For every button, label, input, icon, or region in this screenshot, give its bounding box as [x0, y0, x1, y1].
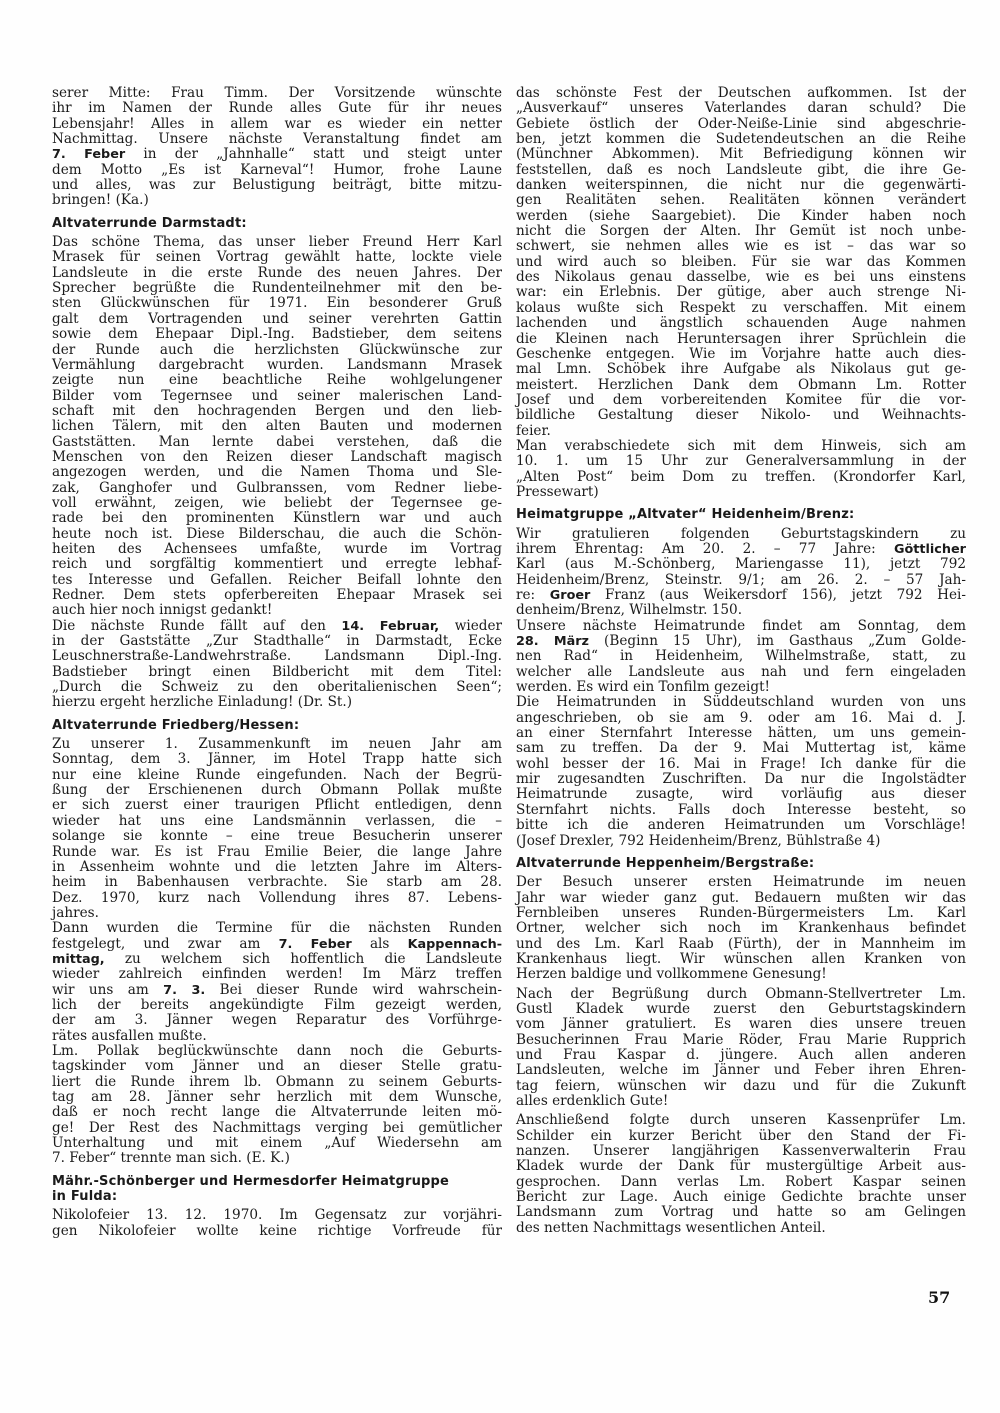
- text-line: nanzen. Unserer langjährigen Kassenverwa…: [516, 1144, 966, 1159]
- text-line: Landsmann zum Vortrag und hatte so am Ge…: [516, 1205, 966, 1220]
- text-line: des netten Nachmittags wesentlichen Ante…: [516, 1221, 966, 1236]
- text-run: nen Rad“ in Heidenheim, Wilhelmstraße, s…: [516, 648, 966, 664]
- text-run: Nikolofeier 13. 12. 1970. Im Gegensatz z…: [52, 1207, 502, 1223]
- text-run: Anschließend folgte durch unseren Kassen…: [516, 1112, 966, 1128]
- text-line: Lm. Pollak beglückwünschte dann noch die…: [52, 1044, 502, 1059]
- left-column: serer Mitte: Frau Timm. Der Vorsitzende …: [52, 86, 502, 1239]
- text-line: ben, jetzt kommen die Sudetendeutschen a…: [516, 132, 966, 147]
- text-line: der am 3. Jänner wegen Reparatur des Vor…: [52, 1013, 502, 1028]
- text-run: in der „Jahnhalle“ statt und steigt unte…: [125, 146, 502, 162]
- text-run: ihr im Namen der Runde alles Gute für ih…: [52, 100, 502, 116]
- text-run: hierzu ergeht herzliche Einladung! (Dr. …: [52, 694, 352, 710]
- text-run: galt dem Vortragenden und seiner verehrt…: [52, 311, 502, 327]
- text-line: zeigte nun eine beachtliche Reihe wohlge…: [52, 373, 502, 388]
- text-run: bildliche Gestaltung dieser Nikolo- und …: [516, 407, 966, 423]
- text-run: in Assenheim wohnte und die letzten Jahr…: [52, 859, 502, 875]
- text-run: Karl (aus M.-Schönberg, Mariengasse 11),…: [516, 556, 966, 572]
- text-line: und Frau Kaspar d. jüngere. Auch allen a…: [516, 1048, 966, 1063]
- heading-line: in Fulda:: [52, 1189, 502, 1204]
- text-line: Heidenheim/Brenz, Steinstr. 9/1; am 26. …: [516, 573, 966, 588]
- text-line: heiten des Achensees umfaßte, wurde im V…: [52, 542, 502, 557]
- text-run: Heidenheim/Brenz, Steinstr. 9/1; am 26. …: [516, 572, 966, 588]
- text-line: Runde war. Es ist Frau Emilie Beier, die…: [52, 845, 502, 860]
- text-run: rätes ausfallen mußte.: [52, 1028, 207, 1044]
- text-run: in Fulda:: [52, 1189, 117, 1204]
- text-line: und des Lm. Karl Raab (Fürth), der in Ma…: [516, 937, 966, 952]
- text-run: Krankenhaus liegt. Wir wünschen allen Kr…: [516, 951, 966, 967]
- heading-line: Mähr.-Schönberger und Hermesdorfer Heima…: [52, 1174, 502, 1189]
- text-run: mal Lmn. Schöbek ihre Aufgabe als Nikola…: [516, 361, 966, 377]
- text-run: Bei dieser Runde wird wahrschein-: [205, 982, 502, 998]
- text-line: liert die Runde ihrem lb. Obmann zu sein…: [52, 1075, 502, 1090]
- section-heading-m-hr-sch-nberger-und-hermesdorfer-heimat: Mähr.-Schönberger und Hermesdorfer Heima…: [52, 1174, 502, 1205]
- text-run: Unsere nächste Heimatrunde findet am Son…: [516, 618, 966, 634]
- text-line: welcher alle Landsleute aus nah und fern…: [516, 665, 966, 680]
- text-run: Zu unserer 1. Zusammenkunft im neuen Jah…: [52, 736, 502, 752]
- text-run: 10. 1. um 15 Uhr zur Generalversammlung …: [516, 453, 966, 469]
- section-heading-altvaterrunde-friedberg-hessen: Altvaterrunde Friedberg/Hessen:: [52, 718, 502, 733]
- text-run: nur eine kleine Runde eingefunden. Nach …: [52, 767, 502, 783]
- text-run: heute noch ist. Diese Bilderschau, die a…: [52, 526, 502, 542]
- paragraph-darmstadt_1: Das schöne Thema, das unser lieber Freun…: [52, 235, 502, 619]
- text-run: meistert. Herzlichen Dank dem Obmann Lm.…: [516, 377, 966, 393]
- text-run: des Nikolaus genau dasselbe, wie es bei …: [516, 269, 966, 285]
- text-run: sten Glückwünschen für 1971. Ein besonde…: [52, 295, 502, 311]
- text-run: Menschen von den Reizen dieser Landschaf…: [52, 449, 502, 465]
- text-run: Altvaterrunde Friedberg/Hessen:: [52, 718, 299, 733]
- text-run: Landsmann zum Vortrag und hatte so am Ge…: [516, 1204, 966, 1220]
- text-run: der Runde auch die herzlichsten Glückwün…: [52, 342, 502, 358]
- document-page: serer Mitte: Frau Timm. Der Vorsitzende …: [0, 0, 1000, 1413]
- text-run: liert die Runde ihrem lb. Obmann zu sein…: [52, 1074, 502, 1090]
- text-run: ihrem Ehrentag: Am 20. 2. – 77 Jahre:: [516, 541, 894, 557]
- text-run: Gaststätten. Man lernte dabei verstehen,…: [52, 434, 502, 450]
- text-line: hierzu ergeht herzliche Einladung! (Dr. …: [52, 695, 502, 710]
- text-line: Sternfahrt nichts. Falls doch Interesse …: [516, 803, 966, 818]
- text-run: Dez. 1970, kurz nach Vollendung ihres 87…: [52, 890, 502, 906]
- text-line: Anschließend folgte durch unseren Kassen…: [516, 1113, 966, 1128]
- bold-emphasis: mittag,: [52, 952, 105, 967]
- bold-emphasis: Kappennach-: [408, 937, 502, 952]
- text-run: (Münchner Abkommen). Mit Befriedigung kö…: [516, 146, 966, 162]
- text-line: werden. Es wird ein Tonfilm gezeigt!: [516, 680, 966, 695]
- text-line: mal Lmn. Schöbek ihre Aufgabe als Nikola…: [516, 362, 966, 377]
- paragraph-heppenheim_1: Der Besuch unserer ersten Heimatrunde im…: [516, 875, 966, 982]
- text-run: lachenden und ängstlich schauenden Auge …: [516, 315, 966, 331]
- text-line: Vermählung dargebracht wurden. Landsmann…: [52, 358, 502, 373]
- text-line: Josef und dem vorbereitenden Komitee für…: [516, 393, 966, 408]
- text-run: wir uns am: [52, 982, 163, 998]
- text-line: Mrasek für seinen Vortrag gewählt hatte,…: [52, 250, 502, 265]
- paragraph-fulda_1: Nikolofeier 13. 12. 1970. Im Gegensatz z…: [52, 1208, 502, 1239]
- text-line: feier.: [516, 424, 966, 439]
- paragraph-fulda_2: das schönste Fest der Deutschen aufkomme…: [516, 86, 966, 439]
- text-line: danken weiterspinnen, die nicht nur die …: [516, 178, 966, 193]
- text-run: wohl besser der 16. Mai in Frage! Ich da…: [516, 756, 966, 772]
- text-line: Die nächste Runde fällt auf den 14. Febr…: [52, 619, 502, 634]
- text-line: ihrem Ehrentag: Am 20. 2. – 77 Jahre: Gö…: [516, 542, 966, 557]
- text-run: in der Gaststätte „Zur Stadthalle“ in Da…: [52, 633, 502, 649]
- bold-emphasis: 14. Februar,: [341, 619, 439, 634]
- text-line: Der Besuch unserer ersten Heimatrunde im…: [516, 875, 966, 890]
- text-line: tes Interesse und Gefallen. Reicher Beif…: [52, 573, 502, 588]
- text-line: gesprochen. Dann verlas Lm. Robert Kaspa…: [516, 1175, 966, 1190]
- text-run: das schönste Fest der Deutschen aufkomme…: [516, 85, 966, 101]
- text-line: schaft mit den hochragenden Bergen und d…: [52, 404, 502, 419]
- text-run: zeigte nun eine beachtliche Reihe wohlge…: [52, 372, 502, 388]
- text-line: bitte ich die anderen Heimatrunden um Vo…: [516, 818, 966, 833]
- text-run: Der Besuch unserer ersten Heimatrunde im…: [516, 874, 966, 890]
- text-line: rätes ausfallen mußte.: [52, 1029, 502, 1044]
- heading-line: Altvaterrunde Darmstadt:: [52, 216, 502, 231]
- bold-emphasis: 7. Feber: [279, 937, 352, 952]
- text-run: gen Nikolofeier wollte keine richtige Vo…: [52, 1223, 502, 1239]
- text-run: wieder hat uns eine Landsmännin verlasse…: [52, 813, 502, 829]
- text-run: Mrasek für seinen Vortrag gewählt hatte,…: [52, 249, 502, 265]
- text-line: nur eine kleine Runde eingefunden. Nach …: [52, 768, 502, 783]
- text-line: feststellen, daß es noch Landsleute gibt…: [516, 163, 966, 178]
- text-line: Redner. Dem stets opferbereiten Ehepaar …: [52, 588, 502, 603]
- text-line: nen Rad“ in Heidenheim, Wilhelmstraße, s…: [516, 649, 966, 664]
- text-line: tag am 28. Jänner sehr herzlich mit dem …: [52, 1090, 502, 1105]
- text-run: bitte ich die anderen Heimatrunden um Vo…: [516, 817, 966, 833]
- text-run: Sternfahrt nichts. Falls doch Interesse …: [516, 802, 966, 818]
- text-line: wir uns am 7. 3. Bei dieser Runde wird w…: [52, 983, 502, 998]
- text-run: als: [352, 936, 408, 952]
- text-line: bildliche Gestaltung dieser Nikolo- und …: [516, 408, 966, 423]
- text-run: „Ausverkauf“ unseres Vaterlandes daran s…: [516, 100, 966, 116]
- text-line: Jahr war wieder ganz gut. Bedauern mußte…: [516, 891, 966, 906]
- text-line: Karl (aus M.-Schönberg, Mariengasse 11),…: [516, 557, 966, 572]
- text-line: meistert. Herzlichen Dank dem Obmann Lm.…: [516, 378, 966, 393]
- text-line: lachenden und ängstlich schauenden Auge …: [516, 316, 966, 331]
- text-line: zak, Ganghofer und Gulbranssen, vom Redn…: [52, 481, 502, 496]
- paragraph-heppenheim_3: Anschließend folgte durch unseren Kassen…: [516, 1113, 966, 1236]
- text-line: wohl besser der 16. Mai in Frage! Ich da…: [516, 757, 966, 772]
- paragraph-heidenheim_2: Unsere nächste Heimatrunde findet am Son…: [516, 619, 966, 696]
- text-line: Gebiete östlich der Oder-Neiße-Linie sin…: [516, 117, 966, 132]
- text-run: und wird auch so bleiben. Für sie war da…: [516, 254, 966, 270]
- paragraph-heidenheim_1: Wir gratulieren folgenden Geburtstagskin…: [516, 527, 966, 619]
- text-line: in der Gaststätte „Zur Stadthalle“ in Da…: [52, 634, 502, 649]
- text-line: wieder hat uns eine Landsmännin verlasse…: [52, 814, 502, 829]
- paragraph-heidenheim_3: Die Heimatrunden in Süddeutschland wurde…: [516, 695, 966, 848]
- text-run: der am 3. Jänner wegen Reparatur des Vor…: [52, 1012, 502, 1028]
- text-run: wieder: [439, 618, 502, 634]
- text-run: Gustl Kladek wurde zuerst den Geburtstag…: [516, 1001, 966, 1017]
- text-run: Wir gratulieren folgenden Geburtstagskin…: [516, 526, 966, 542]
- bold-emphasis: Göttlicher: [894, 542, 966, 557]
- text-run: Jahr war wieder ganz gut. Bedauern mußte…: [516, 890, 966, 906]
- text-run: Heimatgruppe „Altvater“ Heidenheim/Brenz…: [516, 507, 854, 522]
- text-line: war: ein Erlebnis. Der gütige, aber auch…: [516, 285, 966, 300]
- text-line: ge! Der Rest des Nachmittags verging bei…: [52, 1121, 502, 1136]
- text-line: 7. Feber“ trennte man sich. (E. K.): [52, 1151, 502, 1166]
- text-line: er sich zuerst einer traurigen Pflicht e…: [52, 798, 502, 813]
- text-line: Gustl Kladek wurde zuerst den Geburtstag…: [516, 1002, 966, 1017]
- text-line: Das schöne Thema, das unser lieber Freun…: [52, 235, 502, 250]
- text-run: Sonntag, dem 3. Jänner, im Hotel Trapp h…: [52, 751, 502, 767]
- text-line: alles erdenklich Gute!: [516, 1094, 966, 1109]
- text-run: war: ein Erlebnis. Der gütige, aber auch…: [516, 284, 966, 300]
- text-run: Altvaterrunde Heppenheim/Bergstraße:: [516, 856, 814, 871]
- text-line: der Runde auch die herzlichsten Glückwün…: [52, 343, 502, 358]
- text-line: in Assenheim wohnte und die letzten Jahr…: [52, 860, 502, 875]
- text-run: Heimatrunde zusagte, wird vorläufig aus …: [516, 786, 966, 802]
- text-line: „Durch die Schweiz zu den oberitalienisc…: [52, 680, 502, 695]
- text-run: mir zugesandten Zuschriften. Da nur die …: [516, 771, 966, 787]
- text-line: (Josef Drexler, 792 Heidenheim/Brenz, Bü…: [516, 834, 966, 849]
- text-line: Kladek wurde der Dank für mustergültige …: [516, 1159, 966, 1174]
- text-run: tag am 28. Jänner sehr herzlich mit dem …: [52, 1089, 502, 1105]
- heading-line: Altvaterrunde Friedberg/Hessen:: [52, 718, 502, 733]
- text-run: die Kleinen nach Heruntersagen ihrer Spr…: [516, 331, 966, 347]
- text-line: werden (siehe Saargebiet). Die Kinder ha…: [516, 209, 966, 224]
- text-line: „Alten Post“ beim Dom zu treffen. (Krond…: [516, 470, 966, 485]
- text-line: Nikolofeier 13. 12. 1970. Im Gegensatz z…: [52, 1208, 502, 1223]
- text-run: dem Motto „Es ist Karneval“! Humor, froh…: [52, 162, 502, 178]
- text-run: Vermählung dargebracht wurden. Landsmann…: [52, 357, 502, 373]
- text-run: angezogen werden, und die Namen Thoma un…: [52, 464, 502, 480]
- text-line: und alles, was zur Belustigung beiträgt,…: [52, 178, 502, 193]
- text-line: Man verabschiedete sich mit dem Hinweis,…: [516, 439, 966, 454]
- text-run: Runde war. Es ist Frau Emilie Beier, die…: [52, 844, 502, 860]
- text-line: Unsere nächste Heimatrunde findet am Son…: [516, 619, 966, 634]
- text-run: tes Interesse und Gefallen. Reicher Beif…: [52, 572, 502, 588]
- text-run: lich der bereits angekündigte Film gezei…: [52, 997, 502, 1013]
- text-line: schwert, sie nehmen alles wie es ist – d…: [516, 239, 966, 254]
- text-run: Bericht zur Lage. Auch einige Gedichte b…: [516, 1189, 966, 1205]
- text-line: Bericht zur Lage. Auch einige Gedichte b…: [516, 1190, 966, 1205]
- text-line: Lebensjahr! Alles in allem war es wieder…: [52, 117, 502, 132]
- text-run: heim in Babenhausen verbrachte. Sie star…: [52, 874, 502, 890]
- text-run: Das schöne Thema, das unser lieber Freun…: [52, 234, 502, 250]
- text-line: ßung der Erschienenen durch Obmann Polla…: [52, 783, 502, 798]
- text-run: feier.: [516, 423, 551, 439]
- text-run: jahres.: [52, 905, 99, 921]
- text-run: nanzen. Unserer langjährigen Kassenverwa…: [516, 1143, 966, 1159]
- text-run: Sprecher begrüßte die Rundenteilnehmer m…: [52, 280, 502, 296]
- text-run: heiten des Achensees umfaßte, wurde im V…: [52, 541, 502, 557]
- text-run: Geschenke entgegen. Wie im Vorjahre hatt…: [516, 346, 966, 362]
- text-line: Schilder ein kurzer Bericht über den Sta…: [516, 1129, 966, 1144]
- text-line: festgelegt, und zwar am 7. Feber als Kap…: [52, 937, 502, 952]
- text-run: Die Heimatrunden in Süddeutschland wurde…: [516, 694, 966, 710]
- right-column: das schönste Fest der Deutschen aufkomme…: [516, 86, 966, 1236]
- text-run: schwert, sie nehmen alles wie es ist – d…: [516, 238, 966, 254]
- text-line: Zu unserer 1. Zusammenkunft im neuen Jah…: [52, 737, 502, 752]
- text-line: sam zu treffen. Da der 9. Mai Muttertag …: [516, 741, 966, 756]
- text-run: gen Realitäten sehen. Realitäten können …: [516, 192, 966, 208]
- paragraph-darmstadt_2: Die nächste Runde fällt auf den 14. Febr…: [52, 619, 502, 711]
- text-run: „Durch die Schweiz zu den oberitalienisc…: [52, 679, 502, 695]
- section-heading-altvaterrunde-heppenheim-bergstra-e: Altvaterrunde Heppenheim/Bergstraße:: [516, 856, 966, 871]
- text-line: Wir gratulieren folgenden Geburtstagskin…: [516, 527, 966, 542]
- section-heading-heimatgruppe-altvater-heidenheim-brenz: Heimatgruppe „Altvater“ Heidenheim/Brenz…: [516, 507, 966, 522]
- paragraph-friedberg_1: Zu unserer 1. Zusammenkunft im neuen Jah…: [52, 737, 502, 921]
- text-run: Altvaterrunde Darmstadt:: [52, 216, 247, 231]
- text-run: Ortner, welcher sich noch im Krankenhaus…: [516, 920, 966, 936]
- text-run: schaft mit den hochragenden Bergen und d…: [52, 403, 502, 419]
- text-run: tagskinder vom Jänner und an dieser Stel…: [52, 1058, 502, 1074]
- text-run: welcher alle Landsleute aus nah und fern…: [516, 664, 966, 680]
- text-line: ihr im Namen der Runde alles Gute für ih…: [52, 101, 502, 116]
- heading-line: Altvaterrunde Heppenheim/Bergstraße:: [516, 856, 966, 871]
- text-run: sowie dem Ehepaar Dipl.-Ing. Badstieber,…: [52, 326, 502, 342]
- text-line: heim in Babenhausen verbrachte. Sie star…: [52, 875, 502, 890]
- text-line: mir zugesandten Zuschriften. Da nur die …: [516, 772, 966, 787]
- text-run: re:: [516, 587, 550, 603]
- text-run: denheim/Brenz, Wilhelmstr. 150.: [516, 602, 742, 618]
- text-run: auch hier noch innigst gedankt!: [52, 602, 272, 618]
- text-run: Josef und dem vorbereitenden Komitee für…: [516, 392, 966, 408]
- text-line: reich und sorgfältig kommentiert und err…: [52, 557, 502, 572]
- text-line: Heimatrunde zusagte, wird vorläufig aus …: [516, 787, 966, 802]
- text-line: Landsleuten, welche im Jänner und Feber …: [516, 1063, 966, 1078]
- text-line: Nachmittag. Unsere nächste Veranstaltung…: [52, 132, 502, 147]
- text-line: und wird auch so bleiben. Für sie war da…: [516, 255, 966, 270]
- text-run: des netten Nachmittags wesentlichen Ante…: [516, 1220, 826, 1236]
- text-line: des Nikolaus genau dasselbe, wie es bei …: [516, 270, 966, 285]
- text-line: daß er noch recht lange die Altvaterrund…: [52, 1105, 502, 1120]
- text-line: denheim/Brenz, Wilhelmstr. 150.: [516, 603, 966, 618]
- text-run: „Alten Post“ beim Dom zu treffen. (Krond…: [516, 469, 966, 485]
- text-line: Menschen von den Reizen dieser Landschaf…: [52, 450, 502, 465]
- text-line: dem Motto „Es ist Karneval“! Humor, froh…: [52, 163, 502, 178]
- text-run: Nachmittag. Unsere nächste Veranstaltung…: [52, 131, 502, 147]
- text-line: das schönste Fest der Deutschen aufkomme…: [516, 86, 966, 101]
- text-run: und des Lm. Karl Raab (Fürth), der in Ma…: [516, 936, 966, 952]
- bold-emphasis: 7. 3.: [163, 983, 205, 998]
- text-run: zak, Ganghofer und Gulbranssen, vom Redn…: [52, 480, 502, 496]
- text-run: tag feiern, wünschen wir dazu und für di…: [516, 1078, 966, 1094]
- text-line: Gaststätten. Man lernte dabei verstehen,…: [52, 435, 502, 450]
- text-line: re: Groer Franz (aus Weikersdorf 156), j…: [516, 588, 966, 603]
- text-run: reich und sorgfältig kommentiert und err…: [52, 556, 502, 572]
- text-line: gen Nikolofeier wollte keine richtige Vo…: [52, 1224, 502, 1239]
- text-run: Mähr.-Schönberger und Hermesdorfer Heima…: [52, 1174, 449, 1189]
- text-run: ben, jetzt kommen die Sudetendeutschen a…: [516, 131, 966, 147]
- text-line: voll erwähnt, zeigen, wie beliebt der Te…: [52, 496, 502, 511]
- text-line: mittag, zu welchem sich hoffentlich die …: [52, 952, 502, 967]
- text-run: Kladek wurde der Dank für mustergültige …: [516, 1158, 966, 1174]
- text-line: angezogen werden, und die Namen Thoma un…: [52, 465, 502, 480]
- text-line: serer Mitte: Frau Timm. Der Vorsitzende …: [52, 86, 502, 101]
- text-run: Schilder ein kurzer Bericht über den Sta…: [516, 1128, 966, 1144]
- text-run: Landsleuten, welche im Jänner und Feber …: [516, 1062, 966, 1078]
- text-run: vom Jänner gratuliert. Es waren dies uns…: [516, 1016, 966, 1032]
- text-run: Herzen baldige und vollkommene Genesung!: [516, 966, 827, 982]
- text-run: und Frau Kaspar d. jüngere. Auch allen a…: [516, 1047, 966, 1063]
- text-line: Dann wurden die Termine für die nächsten…: [52, 921, 502, 936]
- paragraph-timm_end: serer Mitte: Frau Timm. Der Vorsitzende …: [52, 86, 502, 209]
- text-line: Leuschnerstraße-Landwehrstraße. Landsman…: [52, 649, 502, 664]
- text-run: Gebiete östlich der Oder-Neiße-Linie sin…: [516, 116, 966, 132]
- text-run: daß er noch recht lange die Altvaterrund…: [52, 1104, 502, 1120]
- text-run: Lebensjahr! Alles in allem war es wieder…: [52, 116, 502, 132]
- text-run: Unterhaltung und mit einem „Auf Wiederse…: [52, 1135, 502, 1151]
- text-line: tagskinder vom Jänner und an dieser Stel…: [52, 1059, 502, 1074]
- text-line: Ortner, welcher sich noch im Krankenhaus…: [516, 921, 966, 936]
- text-run: sam zu treffen. Da der 9. Mai Muttertag …: [516, 740, 966, 756]
- text-run: wieder zahlreich einfinden werden! Im Mä…: [52, 966, 502, 982]
- text-line: Sonntag, dem 3. Jänner, im Hotel Trapp h…: [52, 752, 502, 767]
- text-run: voll erwähnt, zeigen, wie beliebt der Te…: [52, 495, 502, 511]
- text-line: Besucherinnen Frau Marie Röder, Frau Mar…: [516, 1033, 966, 1048]
- text-line: galt dem Vortragenden und seiner verehrt…: [52, 312, 502, 327]
- text-line: die Kleinen nach Heruntersagen ihrer Spr…: [516, 332, 966, 347]
- text-run: ßung der Erschienenen durch Obmann Polla…: [52, 782, 502, 798]
- text-line: Dez. 1970, kurz nach Vollendung ihres 87…: [52, 891, 502, 906]
- text-line: Landsleute in die erste Runde des neuen …: [52, 266, 502, 281]
- text-line: sten Glückwünschen für 1971. Ein besonde…: [52, 296, 502, 311]
- text-line: Nach der Begrüßung durch Obmann-Stellver…: [516, 987, 966, 1002]
- text-run: Pressewart): [516, 484, 599, 500]
- text-run: 7. Feber“ trennte man sich. (E. K.): [52, 1150, 290, 1166]
- text-run: nicht die Sorgen der Alten. Ihr Gemüt is…: [516, 223, 966, 239]
- text-line: gen Realitäten sehen. Realitäten können …: [516, 193, 966, 208]
- page-number: 57: [928, 1288, 950, 1307]
- text-line: 7. Feber in der „Jahnhalle“ statt und st…: [52, 147, 502, 162]
- text-line: solange sie konnte – eine treue Besucher…: [52, 829, 502, 844]
- text-line: heute noch ist. Diese Bilderschau, die a…: [52, 527, 502, 542]
- text-run: angeschrieben, ob sie am 9. oder am 16. …: [516, 710, 966, 726]
- text-run: Die nächste Runde fällt auf den: [52, 618, 341, 634]
- bold-emphasis: 28. März: [516, 634, 589, 649]
- text-line: rade bei den prominenten Künstlern war u…: [52, 511, 502, 526]
- text-run: danken weiterspinnen, die nicht nur die …: [516, 177, 966, 193]
- text-run: feststellen, daß es noch Landsleute gibt…: [516, 162, 966, 178]
- text-line: 10. 1. um 15 Uhr zur Generalversammlung …: [516, 454, 966, 469]
- text-run: rade bei den prominenten Künstlern war u…: [52, 510, 502, 526]
- text-run: solange sie konnte – eine treue Besucher…: [52, 828, 502, 844]
- bold-emphasis: Groer: [550, 588, 591, 603]
- text-run: festgelegt, und zwar am: [52, 936, 279, 952]
- text-line: auch hier noch innigst gedankt!: [52, 603, 502, 618]
- text-line: Die Heimatrunden in Süddeutschland wurde…: [516, 695, 966, 710]
- text-run: Nach der Begrüßung durch Obmann-Stellver…: [516, 986, 966, 1002]
- text-run: lichen Tälern, mit den alten Bauten und …: [52, 418, 502, 434]
- text-run: Fernbleiben unseres Runden-Bürgermeister…: [516, 905, 966, 921]
- text-run: serer Mitte: Frau Timm. Der Vorsitzende …: [52, 85, 502, 101]
- text-line: sowie dem Ehepaar Dipl.-Ing. Badstieber,…: [52, 327, 502, 342]
- bold-emphasis: 7. Feber: [52, 147, 125, 162]
- text-run: Lm. Pollak beglückwünschte dann noch die…: [52, 1043, 502, 1059]
- text-run: Besucherinnen Frau Marie Röder, Frau Mar…: [516, 1032, 966, 1048]
- text-run: Franz (aus Weikersdorf 156), jetzt 792 H…: [590, 587, 966, 603]
- text-line: Sprecher begrüßte die Rundenteilnehmer m…: [52, 281, 502, 296]
- text-line: „Ausverkauf“ unseres Vaterlandes daran s…: [516, 101, 966, 116]
- text-line: lichen Tälern, mit den alten Bauten und …: [52, 419, 502, 434]
- text-line: jahres.: [52, 906, 502, 921]
- text-line: Krankenhaus liegt. Wir wünschen allen Kr…: [516, 952, 966, 967]
- text-line: Badstieber bringt einen Bildbericht mit …: [52, 665, 502, 680]
- paragraph-heppenheim_2: Nach der Begrüßung durch Obmann-Stellver…: [516, 987, 966, 1110]
- text-line: angeschrieben, ob sie am 9. oder am 16. …: [516, 711, 966, 726]
- text-line: wieder zahlreich einfinden werden! Im Mä…: [52, 967, 502, 982]
- text-run: Man verabschiedete sich mit dem Hinweis,…: [516, 438, 966, 454]
- text-line: an einer Sternfahrt Interesse hätten, um…: [516, 726, 966, 741]
- text-run: gesprochen. Dann verlas Lm. Robert Kaspa…: [516, 1174, 966, 1190]
- text-line: Bilder vom Tegernsee und seiner malerisc…: [52, 389, 502, 404]
- text-run: Leuschnerstraße-Landwehrstraße. Landsman…: [52, 648, 502, 664]
- text-run: Landsleute in die erste Runde des neuen …: [52, 265, 502, 281]
- text-run: werden (siehe Saargebiet). Die Kinder ha…: [516, 208, 966, 224]
- text-line: bringen! (Ka.): [52, 193, 502, 208]
- text-line: Unterhaltung und mit einem „Auf Wiederse…: [52, 1136, 502, 1151]
- text-run: ge! Der Rest des Nachmittags verging bei…: [52, 1120, 502, 1136]
- text-line: Fernbleiben unseres Runden-Bürgermeister…: [516, 906, 966, 921]
